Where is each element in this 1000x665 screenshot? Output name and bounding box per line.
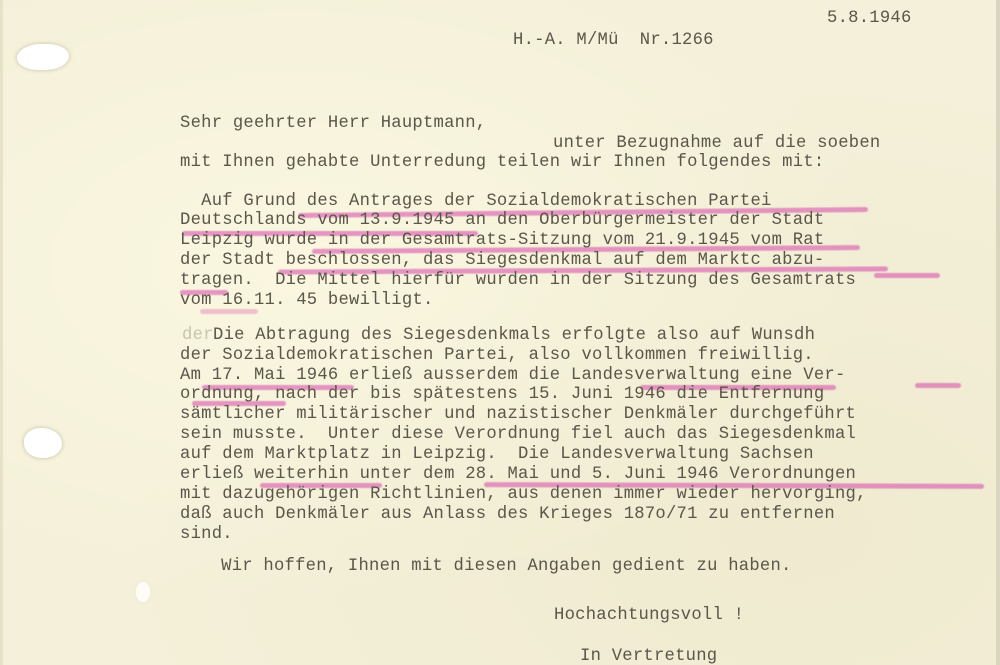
intro-line-2: mit Ihnen gehabte Unterredung teilen wir… (180, 153, 824, 173)
paragraph-2-line: daß auch Denkmäler aus Anlass des Kriege… (180, 505, 835, 525)
reference-number: H.-A. M/Mü Nr.1266 (513, 31, 714, 51)
paragraph-1-line: Auf Grund des Antrages der Sozialdemokra… (180, 192, 772, 212)
valediction: Hochachtungsvoll ! (554, 606, 744, 626)
struck-prefix: der (182, 326, 214, 346)
highlight-mark (874, 273, 940, 278)
paragraph-2-line: Die Abtragung des Siegesdenkmals erfolgt… (213, 326, 815, 346)
paragraph-2-line: erließ weiterhin unter dem 28. Mai und 5… (180, 465, 856, 485)
closing-sentence: Wir hoffen, Ihnen mit diesen Angaben ged… (200, 557, 792, 577)
paragraph-2-line: Am 17. Mai 1946 erließ ausserdem die Lan… (180, 366, 846, 386)
paper-left-edge (0, 0, 3, 665)
paragraph-1-line: der Stadt beschlossen, das Siegesdenkmal… (180, 251, 824, 271)
paper-damage-spot (136, 582, 150, 602)
highlight-mark (915, 383, 961, 388)
letter-date: 5.8.1946 (827, 9, 912, 29)
paragraph-2-line: mit dazugehörigen Richtlinien, aus denen… (180, 485, 867, 505)
punch-hole-middle (24, 428, 62, 458)
paragraph-1-line: Deutschlands vom 13.9.1945 an den Oberbü… (180, 211, 824, 231)
paragraph-2-line: sämtlicher militärischer und nazistische… (180, 405, 856, 425)
paragraph-2-line: sind. (180, 525, 233, 545)
paragraph-2-line: ordnung, nach der bis spätestens 15. Jun… (180, 385, 824, 405)
punch-hole-top (17, 44, 69, 70)
paper-right-edge (996, 0, 1000, 665)
paragraph-1-line: tragen. Die Mittel hierfür wurden in der… (180, 271, 856, 291)
paragraph-1-line: Leipzig wurde in der Gesamtrats-Sitzung … (180, 231, 824, 251)
paragraph-2-line: der Sozialdemokratischen Partei, also vo… (180, 346, 814, 366)
intro-line-1: unter Bezugnahme auf die soeben (553, 134, 881, 154)
paragraph-2-line: auf dem Marktplatz in Leipzig. Die Lande… (180, 445, 814, 465)
paragraph-2-line: sein musste. Unter diese Verordnung fiel… (180, 425, 856, 445)
signature-line: In Vertretung (580, 647, 717, 665)
salutation: Sehr geehrter Herr Hauptmann, (180, 114, 486, 134)
paragraph-1-line: vom 16.11. 45 bewilligt. (180, 291, 434, 311)
